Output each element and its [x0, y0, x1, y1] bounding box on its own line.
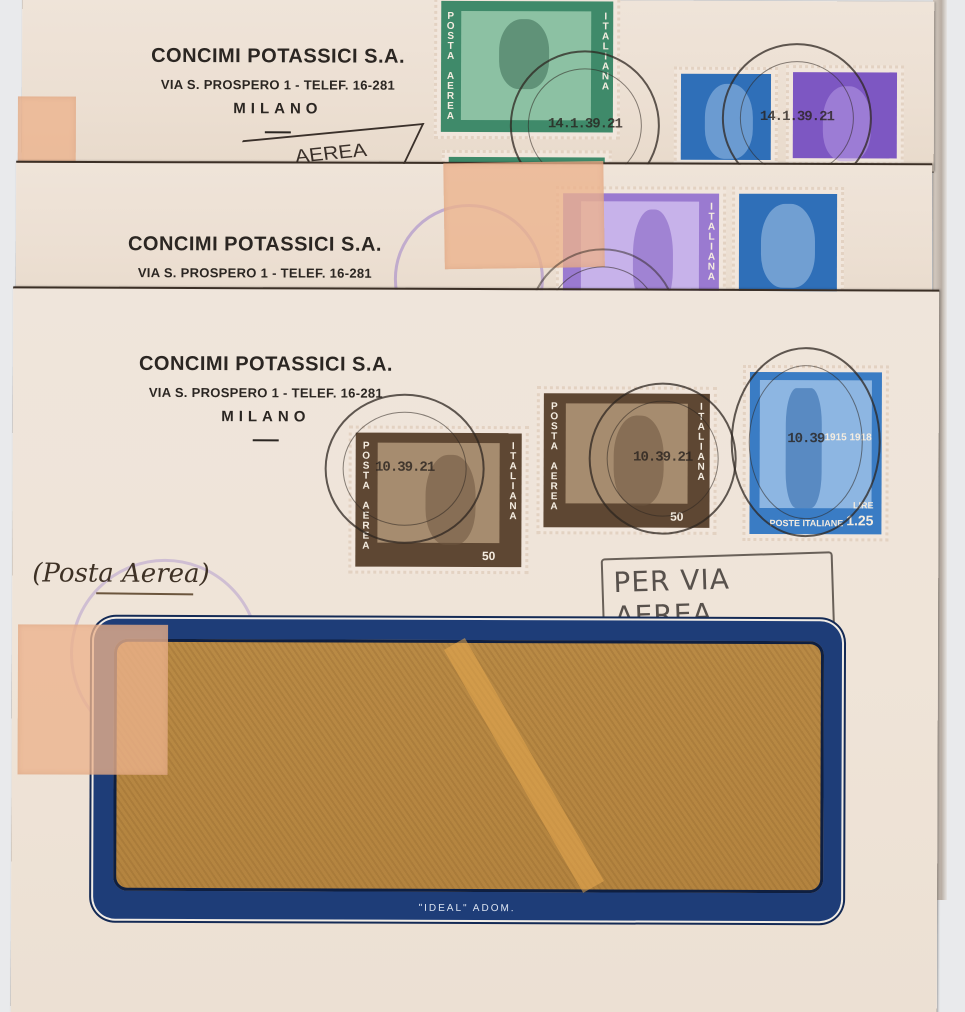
postmark: 10.39.21: [588, 382, 737, 535]
tape-strip: [18, 96, 76, 168]
tape-strip: [18, 624, 169, 775]
divider: [265, 131, 291, 133]
postmark: 10.39: [730, 347, 881, 538]
envelope-1: CONCIMI POTASSICI S.A. VIA S. PROSPERO 1…: [22, 0, 935, 172]
postmark: 10.39.21: [324, 393, 485, 544]
envelope-stack: CONCIMI POTASSICI S.A. VIA S. PROSPERO 1…: [0, 0, 965, 1012]
address-window: "IDEAL" ADOM.: [93, 619, 842, 922]
company-name: CONCIMI POTASSICI S.A.: [90, 233, 420, 257]
window-insert: [113, 639, 824, 893]
letterhead: CONCIMI POTASSICI S.A. VIA S. PROSPERO 1…: [118, 45, 438, 134]
company-address: VIA S. PROSPERO 1 - TELEF. 16-281: [90, 265, 420, 281]
divider: [253, 439, 279, 441]
envelope-3: CONCIMI POTASSICI S.A. VIA S. PROSPERO 1…: [11, 286, 940, 1012]
company-city: MILANO: [118, 100, 438, 118]
company-name: CONCIMI POTASSICI S.A.: [118, 45, 438, 69]
window-imprint: "IDEAL" ADOM.: [93, 902, 841, 916]
insert-fold: [444, 638, 604, 893]
handwritten-note: (Posta Aerea): [32, 558, 210, 589]
company-name: CONCIMI POTASSICI S.A.: [101, 353, 431, 377]
company-address: VIA S. PROSPERO 1 - TELEF. 16-281: [118, 77, 438, 93]
letterhead: CONCIMI POTASSICI S.A. VIA S. PROSPERO 1…: [90, 233, 420, 281]
